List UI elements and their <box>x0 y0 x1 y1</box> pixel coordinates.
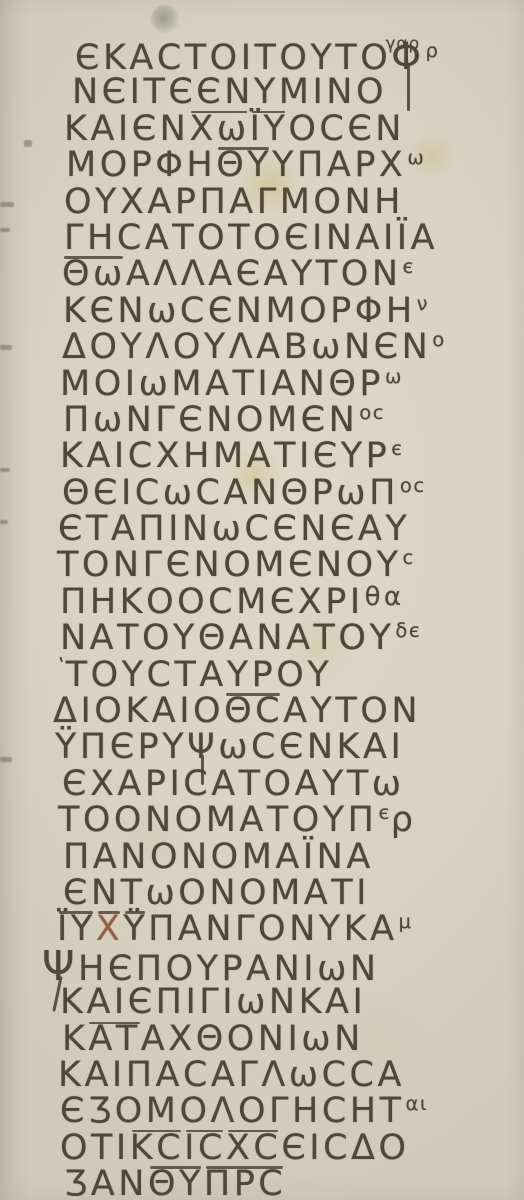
manuscript-line: ΘωΑΛΛΑЄΑΥΤΟΝє <box>0 256 524 292</box>
manuscript-line: ΜΟΙωΜΑΤΙΑΝΘΡω <box>0 366 524 402</box>
nomen-sacrum: ΧC <box>226 1130 281 1166</box>
manuscript-line: ΜΟΡΦΗΘΥΥΠΑΡΧω <box>0 147 524 183</box>
manuscript-line: ЄΤΑΠΙΝωCЄΝЄΑΥ <box>0 511 524 547</box>
superscript-letters: οc <box>400 468 426 504</box>
superscript-letters: ω <box>407 140 425 176</box>
nomen-sacrum: ΘC <box>224 693 283 729</box>
uncial-text: ЄΚΑCΤΟΙΤΟΥΤΟ <box>75 40 391 76</box>
uncial-text: ЄƷΟΜΟΛΟΓΗCΗΤ <box>60 1093 405 1129</box>
uncial-text: ΚΑΙЄΝ <box>64 111 189 147</box>
manuscript-line: ΨΗЄΠΟΥΡΑΝΙωΝ <box>0 948 524 984</box>
uncial-text: ρ <box>391 802 417 838</box>
manuscript-line: ΚΑΙЄΠΙΓΙωΝΚΑΙ <box>0 984 524 1020</box>
uncial-text: ΚЄΝωCЄΝΜΟΡΦΗ <box>63 293 416 329</box>
manuscript-page: ЄΚΑCΤΟΙΤΟΥΤΟΦργαρΝЄΙΤЄЄΝΥΜΙΝΟΚΑΙЄΝΧωÏΥΟC… <box>0 0 524 1200</box>
uncial-text: ЄΝΤωΟΝΟΜΑΤΙ <box>63 875 370 911</box>
manuscript-line: ΟΤΙΚCΙCΧCЄΙCΔΟ <box>0 1130 524 1166</box>
manuscript-line: ΓΗCΑΤΟΤΟЄΙΝΑΙÏΑ <box>0 220 524 256</box>
margin-mark <box>0 202 14 207</box>
nomen-sacrum: Θω <box>62 256 126 292</box>
uncial-text: ΔΟΥΛΟΥΛΑΒωΝЄΝ <box>62 329 431 365</box>
uncial-text: ΚΑΙΠΑCΑΓΛωCCΑ <box>58 1057 405 1093</box>
uncial-text: Κ <box>62 1021 88 1057</box>
superscript-letters: ω <box>385 359 403 395</box>
uncial-text: ŸΠЄΡΥ <box>55 729 187 765</box>
uncial-text: ƷΑΝ <box>64 1166 148 1200</box>
manuscript-line: ЄΧΑΡΙCΑΤΟΑΥΤω <box>0 766 524 802</box>
uncial-text: ΓΗCΑΤΟΤΟЄΙΝΑΙÏΑ <box>64 220 438 256</box>
margin-mark <box>0 228 10 232</box>
uncial-text: ΜΟΙωΜΑΤΙΑΝΘΡ <box>60 366 384 402</box>
manuscript-line: ƷΑΝΘΥΠΡC <box>0 1166 524 1200</box>
superscript-letters: δє <box>395 613 421 649</box>
uncial-text: ΑΥΤΟΝ <box>283 693 421 729</box>
superscript-letters: ο <box>432 322 446 358</box>
uncial-text: Ψ <box>187 729 218 765</box>
superscript-letters: є <box>378 795 390 831</box>
uncial-text: ΠΑΝΓΟΝΥΚΑ <box>148 911 397 947</box>
uncial-text: ΚΑΙЄΠΙΓΙωΝΚΑΙ <box>60 984 366 1020</box>
manuscript-line: ЄΚΑCΤΟΙΤΟΥΤΟΦργαρ <box>0 38 524 74</box>
nomen-sacrum: ΘΥ <box>216 147 272 183</box>
uncial-text: ΠΑΝΟΝΟΜΑÏΝΑ <box>63 839 374 875</box>
uncial-text: ΝЄΙΤЄЄΝΥΜΙΝΟ <box>72 74 387 110</box>
uncial-text: ЄΧΑΡΙCΑΤΟΑΥΤω <box>62 766 405 802</box>
nomen-sacrum: Χ <box>96 911 123 947</box>
manuscript-line: ΚΑΙΠΑCΑΓΛωCCΑ <box>0 1057 524 1093</box>
superscript-letters: θα <box>365 579 405 615</box>
manuscript-line: ΠωΝΓЄΝΟΜЄΝοc <box>0 402 524 438</box>
uncial-text: ΟCЄΝ <box>288 111 405 147</box>
margin-mark <box>0 757 12 762</box>
superscript-letters: є <box>391 431 403 467</box>
manuscript-line: ʽΤΟΥCΤΑΥΡΟΥ <box>0 657 524 693</box>
nomen-sacrum: ΚC <box>130 1130 184 1166</box>
superscript-letters: є <box>403 249 415 285</box>
uncial-text: ΘЄΙCωCΑΝΘΡωΠ <box>62 475 399 511</box>
uncial-text: ΜΟΡΦΗ <box>66 147 216 183</box>
text-column: ЄΚΑCΤΟΙΤΟΥΤΟΦργαρΝЄΙΤЄЄΝΥΜΙΝΟΚΑΙЄΝΧωÏΥΟC… <box>0 38 524 1200</box>
manuscript-line: ΚΑΙЄΝΧωÏΥΟCЄΝ <box>0 111 524 147</box>
margin-mark <box>0 345 12 350</box>
manuscript-line: ΚΑΤΑΧΘΟΝΙωΝ <box>0 1021 524 1057</box>
superscript-letters: ρ <box>426 33 440 69</box>
stamp-mark <box>151 5 179 33</box>
margin-mark <box>0 468 10 472</box>
manuscript-line: ΝЄΙΤЄЄΝΥΜΙΝΟ <box>0 74 524 110</box>
nomen-sacrum: ΘΥ <box>148 1166 204 1200</box>
uncial-text: ΤΟΝΓЄΝΟΜЄΝΟΥ <box>57 547 402 583</box>
uncial-text: ωCЄΝΚΑΙ <box>218 729 404 765</box>
margin-mark <box>0 520 8 524</box>
uncial-text: ЄΙCΔΟ <box>281 1130 409 1166</box>
superscript-letters: αι <box>406 1086 429 1122</box>
superscript-letters: ʽ <box>58 650 66 686</box>
uncial-text: ΠΗΚΟΟCΜЄΧΡΙ <box>60 584 364 620</box>
uncial-text: ЄΤΑΠΙΝωCЄΝЄΑΥ <box>58 511 410 547</box>
manuscript-line: ŸΠЄΡΥΨωCЄΝΚΑΙ <box>0 729 524 765</box>
manuscript-line: ΤΟΟΝΟΜΑΤΟΥΠєρ <box>0 802 524 838</box>
nomen-sacrum: ΙC <box>184 1130 226 1166</box>
manuscript-line: ΝΑΤΟΥΘΑΝΑΤΟΥδє <box>0 620 524 656</box>
manuscript-line: ЄƷΟΜΟΛΟΓΗCΗΤαι <box>0 1093 524 1129</box>
uncial-text: ΝΑΤΟΥΘΑΝΑΤΟΥ <box>60 620 394 656</box>
interlinear-correction: γαρ <box>385 25 420 61</box>
uncial-text: ΑΛΛΑЄΑΥΤΟΝ <box>126 256 402 292</box>
manuscript-line: ÏΥΧŸΠΑΝΓΟΝΥΚΑμ <box>0 911 524 947</box>
uncial-text: ΔΙΟΚΑΙΟ <box>53 693 224 729</box>
uncial-text: ΟΥΧΑΡΠΑΓΜΟΝΗ <box>64 184 404 220</box>
manuscript-line: ΠΗΚΟΟCΜЄΧΡΙθα <box>0 584 524 620</box>
nomen-sacrum: ΠΡC <box>204 1166 286 1200</box>
uncial-text: ΤΟΟΝΟΜΑΤΟΥΠ <box>58 802 377 838</box>
uncial-text: Ψ <box>42 948 78 984</box>
manuscript-line: ΠΑΝΟΝΟΜΑÏΝΑ <box>0 839 524 875</box>
nomen-sacrum: Χω <box>189 111 249 147</box>
superscript-letters: οc <box>359 395 385 431</box>
nomen-sacrum: ÏΥ <box>250 111 289 147</box>
uncial-text: ΥΠΑΡΧ <box>272 147 406 183</box>
uncial-text: ΟΤΙ <box>60 1130 130 1166</box>
superscript-letters: ν <box>417 286 429 322</box>
manuscript-line: ЄΝΤωΟΝΟΜΑΤΙ <box>0 875 524 911</box>
margin-mark <box>24 140 32 147</box>
superscript-letters: c <box>403 540 415 576</box>
nomen-sacrum: Ÿ <box>123 911 148 947</box>
manuscript-line: ΟΥΧΑΡΠΑΓΜΟΝΗ <box>0 184 524 220</box>
manuscript-line: ΤΟΝΓЄΝΟΜЄΝΟΥc <box>0 547 524 583</box>
uncial-text: ΑΤ <box>88 1021 140 1057</box>
uncial-text: ΚΑΙCΧΗΜΑΤΙЄΥΡ <box>60 438 390 474</box>
uncial-text: ΑΧΘΟΝΙωΝ <box>141 1021 364 1057</box>
uncial-text: ΤΟΥCΤΑΥΡΟΥ <box>66 657 332 693</box>
manuscript-line: ΔΙΟΚΑΙΟΘCΑΥΤΟΝ <box>0 693 524 729</box>
manuscript-line: ΔΟΥΛΟΥΛΑΒωΝЄΝο <box>0 329 524 365</box>
manuscript-line: ΘЄΙCωCΑΝΘΡωΠοc <box>0 475 524 511</box>
manuscript-line: ΚΑΙCΧΗΜΑΤΙЄΥΡє <box>0 438 524 474</box>
uncial-text: ΠωΝΓЄΝΟΜЄΝ <box>63 402 358 438</box>
superscript-letters: μ <box>399 904 413 940</box>
